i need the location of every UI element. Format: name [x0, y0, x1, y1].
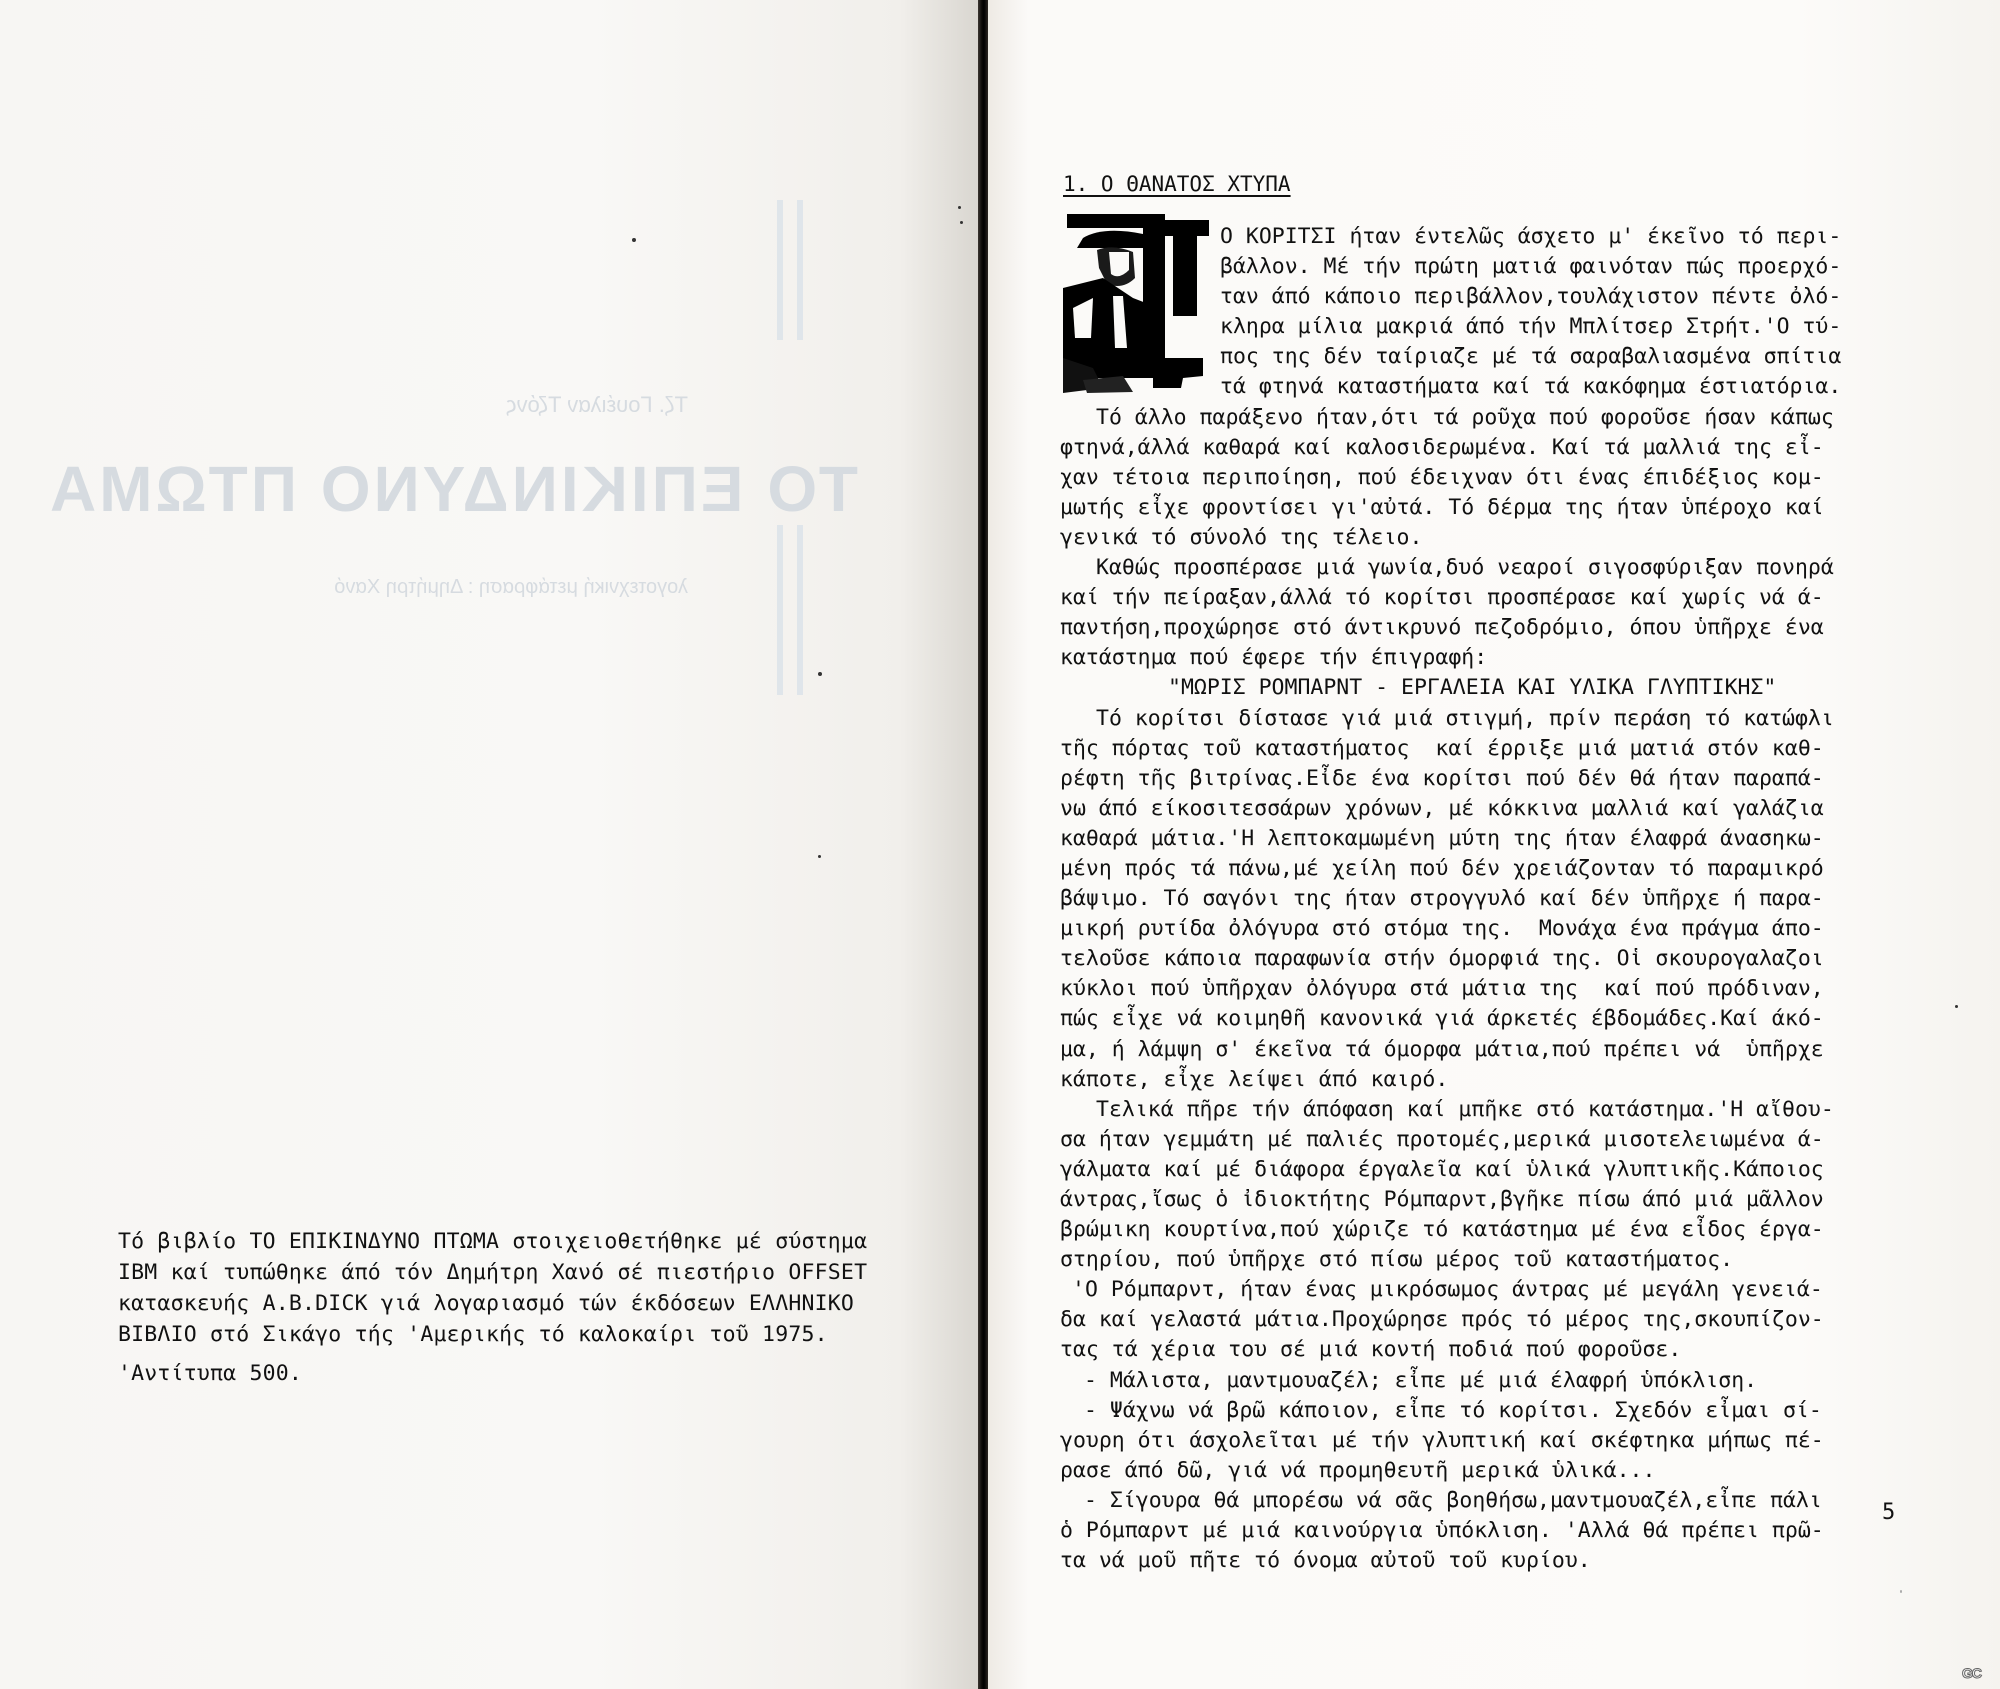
text-line: μικρή ρυτίδα ὀλόγυρα στό στόμα της. Μονά… — [1060, 914, 1955, 944]
text-line: τα νά μοῦ πῆτε τό όνομα αὐτοῦ τοῦ κυρίου… — [1060, 1546, 1955, 1576]
text-line: τελοῦσε κάποια παραφωνία στήν όμορφιά τη… — [1060, 944, 1955, 974]
chapter-body: O ΚΟΡΙΤΣΙ ήταν έντελῶς άσχετο μ' έκεῖνο … — [1060, 222, 1955, 1576]
text-line: τῆς πόρτας τοῦ καταστήματος καί έρριξε μ… — [1060, 734, 1955, 764]
dialogue-line: - Σίγουρα θά μπορέσω νά σᾶς βοηθήσω,μαντ… — [1060, 1486, 1955, 1516]
ghost-title: ΤΟ ΕΠΙΚΙΝΔΥΝΟ ΠΤΩΜΑ — [47, 452, 858, 526]
text-line: ρασε άπό δῶ, γιά νά προμηθευτῆ μερικά ὑλ… — [1060, 1456, 1955, 1486]
colophon-line: IBM καί τυπώθηκε άπό τόν Δημήτρη Χανό σέ… — [118, 1257, 938, 1288]
text-line: κληρα μίλια μακριά άπό τήν Μπλίτσερ Στρή… — [1060, 312, 1955, 342]
text-line: κάποτε, εἶχε λείψει άπό καιρό. — [1060, 1065, 1955, 1095]
colophon: Τό βιβλίο ΤΟ ΕΠΙΚΙΝΔΥΝΟ ΠΤΩΜΑ στοιχειοθε… — [118, 1226, 938, 1389]
ghost-bar — [797, 525, 803, 695]
text-line: καθαρά μάτια.'Η λεπτοκαμωμένη μύτη της ή… — [1060, 824, 1955, 854]
speck — [1900, 1590, 1902, 1593]
text-line: τας τά χέρια του σέ μιά κοντή ποδιά πού … — [1060, 1335, 1955, 1365]
text-line: τά φτηνά καταστήματα καί τά κακόφημα έστ… — [1060, 372, 1955, 402]
text-line: άντρας,ἴσως ὁ ἰδιοκτήτης Ρόμπαρντ,βγῆκε … — [1060, 1185, 1955, 1215]
colophon-line: Τό βιβλίο ΤΟ ΕΠΙΚΙΝΔΥΝΟ ΠΤΩΜΑ στοιχειοθε… — [118, 1226, 938, 1257]
text-line: 'Ο Ρόμπαρντ, ήταν ένας μικρόσωμος άντρας… — [1060, 1275, 1955, 1305]
colophon-line: 'Αντίτυπα 500. — [118, 1358, 938, 1389]
text-line: μωτής εἶχε φροντίσει γι'αὐτά. Τό δέρμα τ… — [1060, 493, 1955, 523]
text-line: δα καί γελαστά μάτια.Προχώρησε πρός τό μ… — [1060, 1305, 1955, 1335]
page-number: 5 — [1882, 1500, 1895, 1525]
show-through-cover: Τζ. Γουέιλαν Τζόνς ΤΟ ΕΠΙΚΙΝΔΥΝΟ ΠΤΩΜΑ λ… — [0, 0, 978, 900]
ghost-bar — [777, 525, 783, 695]
speck — [1955, 1005, 1958, 1008]
text-line: βάψιμο. Τό σαγόνι της ήταν στρογγυλό καί… — [1060, 884, 1955, 914]
dialogue-line: - Μάλιστα, μαντμουαζέλ; εἶπε μέ μιά έλαφ… — [1060, 1366, 1955, 1396]
text-line: γουρη ότι άσχολεῖται μέ τήν γλυπτική καί… — [1060, 1426, 1955, 1456]
text-line: νω άπό είκοσιτεσσάρων χρόνων, μέ κόκκινα… — [1060, 794, 1955, 824]
speck — [958, 206, 961, 209]
ghost-bar — [777, 200, 783, 340]
text-line: μένη πρός τά πάνω,μέ χείλη πού δέν χρειά… — [1060, 854, 1955, 884]
speck — [818, 855, 821, 858]
speck — [632, 238, 636, 242]
text-line: γενικά τό σύνολό της τέλειο. — [1060, 523, 1955, 553]
shop-sign-line: "ΜΩΡΙΣ ΡΟΜΠΑΡΝΤ - ΕΡΓΑΛΕΙΑ ΚΑΙ ΥΛΙΚΑ ΓΛΥ… — [1060, 673, 1955, 703]
text-line: γάλματα καί μέ διάφορα έργαλεῖα καί ὑλικ… — [1060, 1155, 1955, 1185]
text-line: Τό άλλο παράξενο ήταν,ότι τά ροῦχα πού φ… — [1060, 403, 1955, 433]
colophon-line: κατασκευής A.B.DICK γιά λογαριασμό τών έ… — [118, 1288, 938, 1319]
text-line: ταν άπό κάποιο περιβάλλον,τουλάχιστον πέ… — [1060, 282, 1955, 312]
text-line: πος της δέν ταίριαζε μέ τά σαραβαλιασμέν… — [1060, 342, 1955, 372]
text-line: καί τήν πείραξαν,άλλά τό κορίτσι προσπέρ… — [1060, 583, 1955, 613]
text-line: χαν τέτοια περιποίηση, πού έδειχναν ότι … — [1060, 463, 1955, 493]
chapter-title: 1. Ο ΘΑΝΑΤΟΣ ΧΤΥΠΑ — [1063, 172, 1291, 196]
speck — [818, 672, 822, 676]
ghost-credit: λογοτεχνική μετάφραση : Δημήτρη Χανό — [334, 576, 688, 599]
colophon-line: ΒΙΒΛΙΟ στό Σικάγο τής 'Αμερικής τό καλοκ… — [118, 1319, 938, 1350]
text-line: ρέφτη τῆς βιτρίνας.Εἶδε ένα κορίτσι πού … — [1060, 764, 1955, 794]
text-line: κατάστημα πού έφερε τήν έπιγραφή: — [1060, 643, 1955, 673]
text-line: O ΚΟΡΙΤΣΙ ήταν έντελῶς άσχετο μ' έκεῖνο … — [1060, 222, 1955, 252]
text-line: Καθώς προσπέρασε μιά γωνία,δυό νεαροί σι… — [1060, 553, 1955, 583]
ghost-bar — [797, 200, 803, 340]
text-line: σα ήταν γεμμάτη μέ παλιές προτομές,μερικ… — [1060, 1125, 1955, 1155]
text-line: παντήση,προχώρησε στό άντικρυνό πεζοδρόμ… — [1060, 613, 1955, 643]
text-line: Τελικά πῆρε τήν άπόφαση καί μπῆκε στό κα… — [1060, 1095, 1955, 1125]
dialogue-line: - Ψάχνω νά βρῶ κάποιον, εἶπε τό κορίτσι.… — [1060, 1396, 1955, 1426]
text-line: φτηνά,άλλά καθαρά καί καλοσιδερωμένα. Κα… — [1060, 433, 1955, 463]
text-line: βάλλον. Μέ τήν πρώτη ματιά φαινόταν πώς … — [1060, 252, 1955, 282]
speck — [960, 221, 963, 224]
text-line: βρώμικη κουρτίνα,πού χώριζε τό κατάστημα… — [1060, 1215, 1955, 1245]
text-line: Τό κορίτσι δίστασε γιά μιά στιγμή, πρίν … — [1060, 704, 1955, 734]
text-line: ὁ Ρόμπαρντ μέ μιά καινούργια ὑπόκλιση. '… — [1060, 1516, 1955, 1546]
text-line: κύκλοι πού ὑπῆρχαν ὀλόγυρα στά μάτια της… — [1060, 974, 1955, 1004]
left-page: Τζ. Γουέιλαν Τζόνς ΤΟ ΕΠΙΚΙΝΔΥΝΟ ΠΤΩΜΑ λ… — [0, 0, 978, 1689]
ghost-author: Τζ. Γουέιλαν Τζόνς — [506, 392, 688, 418]
text-line: στηρίου, πού ὑπῆρχε στό πίσω μέρος τοῦ κ… — [1060, 1245, 1955, 1275]
book-spine — [978, 0, 988, 1689]
text-line: πώς εἶχε νά κοιμηθῆ κανονικά γιά άρκετές… — [1060, 1004, 1955, 1034]
scanner-watermark: GC — [1962, 1665, 1992, 1683]
book-spread: Τζ. Γουέιλαν Τζόνς ΤΟ ΕΠΙΚΙΝΔΥΝΟ ΠΤΩΜΑ λ… — [0, 0, 2000, 1689]
text-line: μα, ή λάμψη σ' έκεῖνα τά όμορφα μάτια,πο… — [1060, 1035, 1955, 1065]
